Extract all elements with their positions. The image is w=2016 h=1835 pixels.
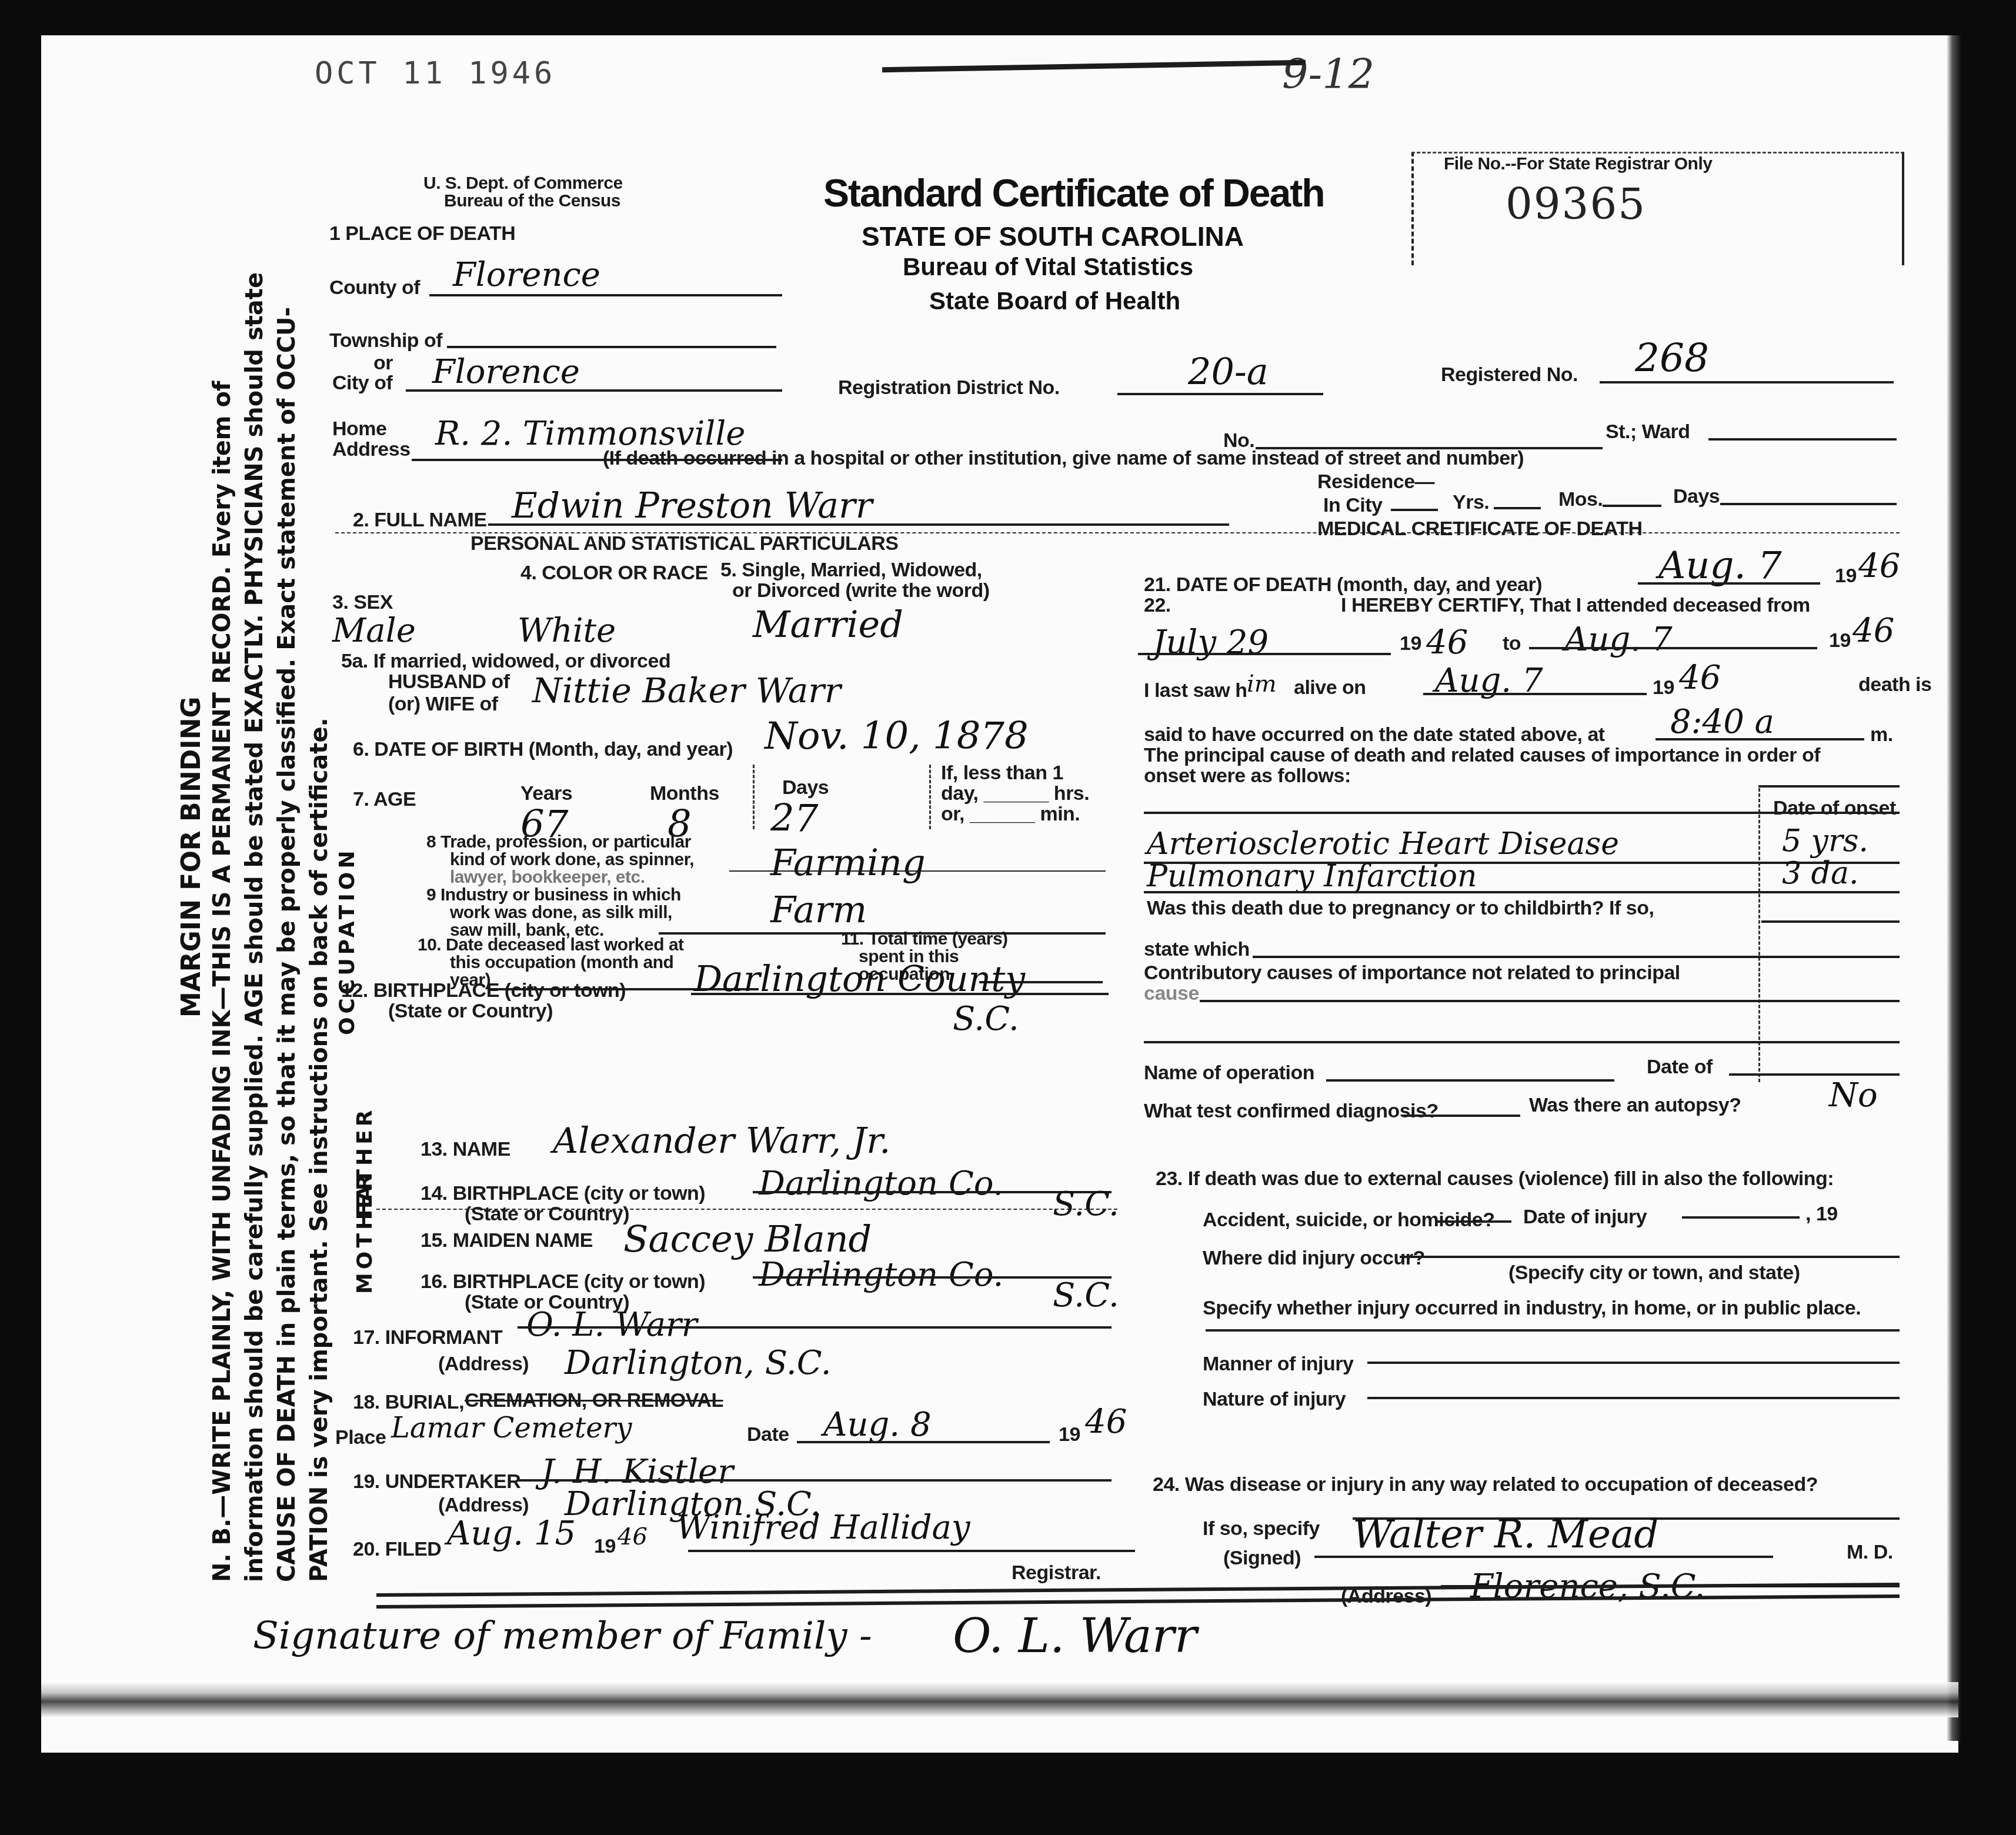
registrar-label: Registrar.: [1012, 1562, 1101, 1584]
sex-label: 3. SEX: [332, 591, 393, 614]
trade-label-2: kind of work done, as spinner,: [450, 850, 694, 870]
state-which-label: state which: [1144, 938, 1250, 961]
race-value[interactable]: White: [518, 612, 616, 650]
in-city-label: In City: [1323, 494, 1382, 517]
where-label: Where did injury occur?: [1203, 1247, 1425, 1270]
trade-underline: [729, 870, 1106, 872]
attended-from-prefix: 19: [1400, 632, 1421, 655]
ward-underline: [1708, 438, 1897, 441]
informant-address-value[interactable]: Darlington, S.C.: [565, 1344, 832, 1382]
address-label: Address: [332, 438, 410, 461]
registrar-signature[interactable]: Winifred Halliday: [676, 1509, 970, 1547]
test-label: What test confirmed diagnosis?: [1144, 1100, 1438, 1123]
days-label: Days: [1673, 485, 1720, 508]
operation-label: Name of operation: [1144, 1062, 1314, 1085]
attended-to-year[interactable]: 46: [1853, 612, 1894, 650]
yrs-label: Yrs.: [1453, 491, 1489, 514]
state-which-underline: [1253, 956, 1900, 958]
dod-value[interactable]: Aug. 7: [1658, 544, 1782, 588]
birthplace-underline: [691, 993, 1109, 995]
scan-smudge: [41, 1682, 1958, 1717]
township-label: Township of: [329, 329, 442, 352]
age-label: 7. AGE: [353, 788, 416, 811]
age-divider-1: [753, 765, 755, 829]
filed-year-value[interactable]: 46: [618, 1523, 647, 1550]
sex-value[interactable]: Male: [332, 612, 416, 650]
undertaker-underline: [518, 1479, 1112, 1482]
bureau-name: Bureau of Vital Statistics: [903, 253, 1193, 281]
burial-date-value[interactable]: Aug. 8: [823, 1406, 932, 1444]
contributory-underline: [1200, 1000, 1900, 1002]
marital-label-2: or Divorced (write the word): [732, 579, 990, 602]
onset-divider: [1758, 788, 1760, 1082]
reg-district-label: Registration District No.: [838, 376, 1060, 399]
industry-label-1: 9 Industry or business in which: [426, 885, 681, 905]
margin-instruction-1: N. B.—WRITE PLAINLY, WITH UNFADING INK—T…: [209, 381, 236, 1582]
margin-binding-label: MARGIN FOR BINDING: [176, 696, 206, 1017]
birthplace-state[interactable]: S.C.: [953, 1000, 1019, 1038]
months-label: Months: [650, 782, 719, 805]
city-underline: [406, 389, 782, 392]
specify-label: Specify whether injury occurred in indus…: [1203, 1297, 1861, 1320]
m-label: m.: [1870, 723, 1893, 746]
test-underline: [1403, 1115, 1520, 1117]
st-ward-label: St.; Ward: [1606, 421, 1690, 443]
last-saw-underline: [1423, 693, 1647, 695]
top-annotation: 9-12: [1282, 50, 1374, 98]
last-worked-label-1: 10. Date deceased last worked at: [418, 935, 684, 955]
attended-to-value[interactable]: Aug. 7: [1564, 620, 1673, 659]
full-name-underline: [488, 523, 1229, 526]
last-saw-year[interactable]: 46: [1679, 659, 1721, 697]
father-birthplace-label: 14. BIRTHPLACE (city or town): [420, 1182, 705, 1205]
page-edge: [1947, 35, 1961, 1741]
where-underline: [1400, 1256, 1900, 1258]
file-box-label: File No.--For State Registrar Only: [1444, 154, 1712, 174]
burial-place-label: Place: [335, 1426, 386, 1449]
md-label: M. D.: [1847, 1541, 1893, 1564]
occurred-label: said to have occurred on the date stated…: [1144, 723, 1605, 746]
less-than-label-3: or, ______ min.: [941, 803, 1080, 826]
informant-value[interactable]: O. L. Warr: [526, 1306, 697, 1344]
last-saw-label: I last saw h: [1144, 679, 1247, 702]
home-label: Home: [332, 418, 386, 441]
attended-from-value[interactable]: July 29: [1153, 623, 1269, 662]
manner-underline: [1367, 1362, 1900, 1364]
birthplace-sub: (State or Country): [388, 1000, 553, 1023]
burial-date-underline: [797, 1441, 1050, 1443]
informant-underline: [518, 1326, 1112, 1329]
spouse-value[interactable]: Nittie Baker Warr: [532, 670, 841, 710]
last-saw-pronoun[interactable]: im: [1247, 670, 1277, 698]
race-label: 4. COLOR OR RACE: [520, 562, 708, 585]
operation-underline: [1326, 1079, 1614, 1082]
spouse-label-2: HUSBAND of: [388, 670, 510, 693]
father-name-label: 13. NAME: [420, 1138, 510, 1161]
years-label: Years: [520, 782, 572, 805]
attended-from-year[interactable]: 46: [1426, 623, 1468, 662]
alive-on-label: alive on: [1294, 676, 1366, 699]
dod-year-prefix: 19: [1835, 565, 1857, 588]
operation-date-label: Date of: [1647, 1056, 1713, 1079]
occupation-related-label: 24. Was disease or injury in any way rel…: [1153, 1473, 1818, 1496]
marital-label-1: 5. Single, Married, Widowed,: [720, 559, 982, 582]
age-divider-2: [929, 765, 931, 829]
filed-date-value[interactable]: Aug. 15: [447, 1514, 576, 1553]
where-sub: (Specify city or town, and state): [1508, 1262, 1800, 1284]
dod-underline: [1638, 582, 1820, 585]
registered-no-underline: [1600, 381, 1894, 383]
cause-1-onset[interactable]: 5 yrs.: [1782, 823, 1868, 859]
reg-district-value[interactable]: 20-a: [1188, 350, 1269, 393]
registered-no-value[interactable]: 268: [1635, 335, 1709, 381]
father-birthplace-value[interactable]: Darlington Co.: [759, 1165, 1003, 1203]
burial-struck-label: CREMATION, OR REMOVAL: [465, 1389, 723, 1412]
injury-year-prefix: , 19: [1805, 1203, 1838, 1226]
days-label-age: Days: [782, 776, 829, 799]
burial-year-value[interactable]: 46: [1085, 1403, 1127, 1441]
spouse-label-3: (or) WIFE of: [388, 693, 498, 716]
mother-side-label: MOTHER: [353, 1171, 377, 1294]
agency-line-1: U. S. Dept. of Commerce: [423, 174, 623, 193]
signed-underline: [1314, 1556, 1773, 1558]
received-date-stamp: OCT 11 1946: [315, 56, 556, 91]
margin-instruction-4: PATION is very important. See instructio…: [306, 718, 333, 1582]
certify-number: 22.: [1144, 594, 1171, 617]
autopsy-value[interactable]: No: [1829, 1076, 1878, 1115]
cause-intro-2: onset were as follows:: [1144, 765, 1351, 788]
time-underline: [1655, 738, 1864, 740]
last-saw-prefix: 19: [1653, 676, 1674, 699]
file-number: 09365: [1506, 179, 1646, 229]
cause-2-onset[interactable]: 3 da.: [1782, 856, 1858, 891]
dob-label: 6. DATE OF BIRTH (Month, day, and year): [353, 738, 733, 761]
margin-instruction-3: CAUSE OF DEATH in plain terms, so that i…: [273, 307, 301, 1582]
mother-birthplace-state[interactable]: S.C.: [1053, 1276, 1119, 1314]
residence-label: Residence—: [1317, 471, 1434, 493]
filed-label: 20. FILED: [353, 1538, 441, 1561]
trade-label-1: 8 Trade, profession, or particular: [426, 832, 691, 852]
if-so-label: If so, specify: [1203, 1517, 1320, 1540]
dob-value[interactable]: Nov. 10, 1878: [765, 715, 1029, 758]
death-is-label: death is: [1858, 673, 1931, 696]
yrs-underline: [1494, 507, 1541, 509]
father-name-value[interactable]: Alexander Warr, Jr.: [553, 1120, 890, 1162]
filed-year-prefix: 19: [594, 1535, 616, 1558]
marital-value[interactable]: Married: [753, 603, 903, 646]
medical-section-title: MEDICAL CRETIFICATE OF DEATH: [1317, 518, 1643, 541]
cause-2[interactable]: Pulmonary Infarction: [1147, 859, 1477, 894]
attended-from-underline: [1138, 653, 1391, 655]
father-birthplace-sub: (State or Country): [465, 1203, 629, 1226]
cause-top-line: [1144, 812, 1900, 814]
specify-underline: [1206, 1329, 1900, 1332]
city-value[interactable]: Florence: [432, 353, 580, 391]
informant-address-label: (Address): [438, 1353, 529, 1376]
dod-label: 21. DATE OF DEATH (month, day, and year): [1144, 573, 1542, 596]
age-days-value[interactable]: 27: [770, 797, 818, 840]
certify-text: I HEREBY CERTIFY, That I attended deceas…: [1341, 594, 1810, 617]
family-signature-label: Signature of member of Family -: [253, 1614, 872, 1658]
registered-no-label: Registered No.: [1441, 363, 1578, 386]
state-name: STATE OF SOUTH CAROLINA: [862, 221, 1244, 252]
birthplace-label: 12. BIRTHPLACE (city or town): [341, 979, 626, 1002]
full-name-label: 2. FULL NAME: [353, 509, 487, 532]
father-birthplace-state[interactable]: S.C.: [1053, 1185, 1119, 1223]
contributory-bottom-line: [1144, 1041, 1900, 1043]
mos-underline: [1603, 505, 1661, 507]
trade-value[interactable]: Farming: [770, 841, 926, 884]
last-worked-label-2: this occupation (month and: [450, 953, 673, 973]
dod-year-value[interactable]: 46: [1858, 547, 1900, 585]
onset-header: Date of onset: [1773, 797, 1896, 820]
cause-1[interactable]: Arteriosclerotic Heart Disease: [1147, 826, 1619, 862]
accident-underline: [1435, 1220, 1511, 1223]
trade-label-3: lawyer, bookkeeper, etc.: [450, 868, 645, 888]
contributory-label-1: Contributory causes of importance not re…: [1144, 962, 1680, 985]
to-label: to: [1503, 632, 1521, 655]
county-label: County of: [329, 276, 420, 299]
injury-date-underline: [1682, 1216, 1800, 1219]
county-underline: [429, 294, 782, 296]
burial-year-prefix: 19: [1059, 1423, 1080, 1446]
divider: [376, 1209, 1117, 1210]
undertaker-label: 19. UNDERTAKER: [353, 1470, 520, 1493]
county-value[interactable]: Florence: [453, 256, 600, 294]
autopsy-label: Was there an autopsy?: [1529, 1094, 1741, 1117]
time-of-death-value[interactable]: 8:40 a: [1670, 703, 1774, 741]
spouse-label-1: 5a. If married, widowed, or divorced: [341, 650, 670, 673]
pregnancy-onset-line: [1761, 920, 1900, 923]
occupation-side-label: OCCUPATION: [335, 847, 359, 1035]
contributory-label-2: cause: [1144, 982, 1199, 1005]
industry-label-2: work was done, as silk mill,: [450, 903, 672, 923]
mother-name-label: 15. MAIDEN NAME: [420, 1229, 593, 1252]
full-name-value[interactable]: Edwin Preston Warr: [512, 485, 872, 526]
less-than-label-2: day, ______ hrs.: [941, 782, 1089, 805]
township-underline: [447, 346, 776, 348]
city-label: City of: [332, 372, 392, 395]
operation-date-underline: [1729, 1073, 1900, 1076]
external-label: 23. If death was due to external causes …: [1156, 1167, 1834, 1190]
total-time-label-1: 11. Total time (years): [841, 929, 1008, 949]
nature-underline: [1367, 1397, 1900, 1399]
burial-date-label: Date: [747, 1423, 789, 1446]
days-underline: [1720, 503, 1897, 505]
cause-intro-1: The principal cause of death and related…: [1144, 744, 1820, 767]
industry-value[interactable]: Farm: [770, 888, 867, 931]
informant-label: 17. INFORMANT: [353, 1326, 502, 1349]
board-name: State Board of Health: [929, 287, 1180, 315]
nature-label: Nature of injury: [1203, 1388, 1346, 1411]
mos-label: Mos.: [1558, 488, 1603, 511]
less-than-label-1: If, less than 1: [941, 762, 1063, 785]
injury-date-label: Date of injury: [1523, 1206, 1647, 1229]
attended-to-prefix: 19: [1829, 629, 1851, 652]
signed-label: (Signed): [1223, 1547, 1301, 1570]
reg-district-underline: [1117, 393, 1323, 395]
physician-signature[interactable]: Walter R. Mead: [1353, 1512, 1659, 1557]
personal-section-title: PERSONAL AND STATISTICAL PARTICULARS: [470, 532, 899, 555]
certificate-title: Standard Certificate of Death: [823, 171, 1324, 215]
onset-top-line: [1758, 785, 1900, 788]
place-of-death-label: 1 PLACE OF DEATH: [329, 222, 515, 245]
margin-instruction-2: information should be carefully supplied…: [241, 272, 268, 1582]
cause-2-underline: [1144, 891, 1900, 893]
hospital-note: (If death occurred in a hospital or othe…: [603, 447, 1524, 470]
burial-place-value[interactable]: Lamar Cemetery: [391, 1412, 632, 1444]
mother-birthplace-label: 16. BIRTHPLACE (city or town): [420, 1270, 705, 1293]
agency-line-2: Bureau of the Census: [444, 191, 620, 211]
mother-name-value[interactable]: Saccey Bland: [623, 1217, 872, 1260]
pregnancy-label: Was this death due to pregnancy or to ch…: [1147, 897, 1654, 920]
family-signature[interactable]: O. L. Warr: [953, 1609, 1197, 1663]
undertaker-address-label: (Address): [438, 1494, 529, 1517]
manner-label: Manner of injury: [1203, 1353, 1353, 1376]
mother-birthplace-value[interactable]: Darlington Co.: [759, 1256, 1003, 1294]
registrar-underline: [688, 1550, 1135, 1552]
attended-to-underline: [1529, 647, 1817, 649]
in-city-underline: [1391, 509, 1438, 511]
burial-label: 18. BURIAL,: [353, 1391, 464, 1414]
